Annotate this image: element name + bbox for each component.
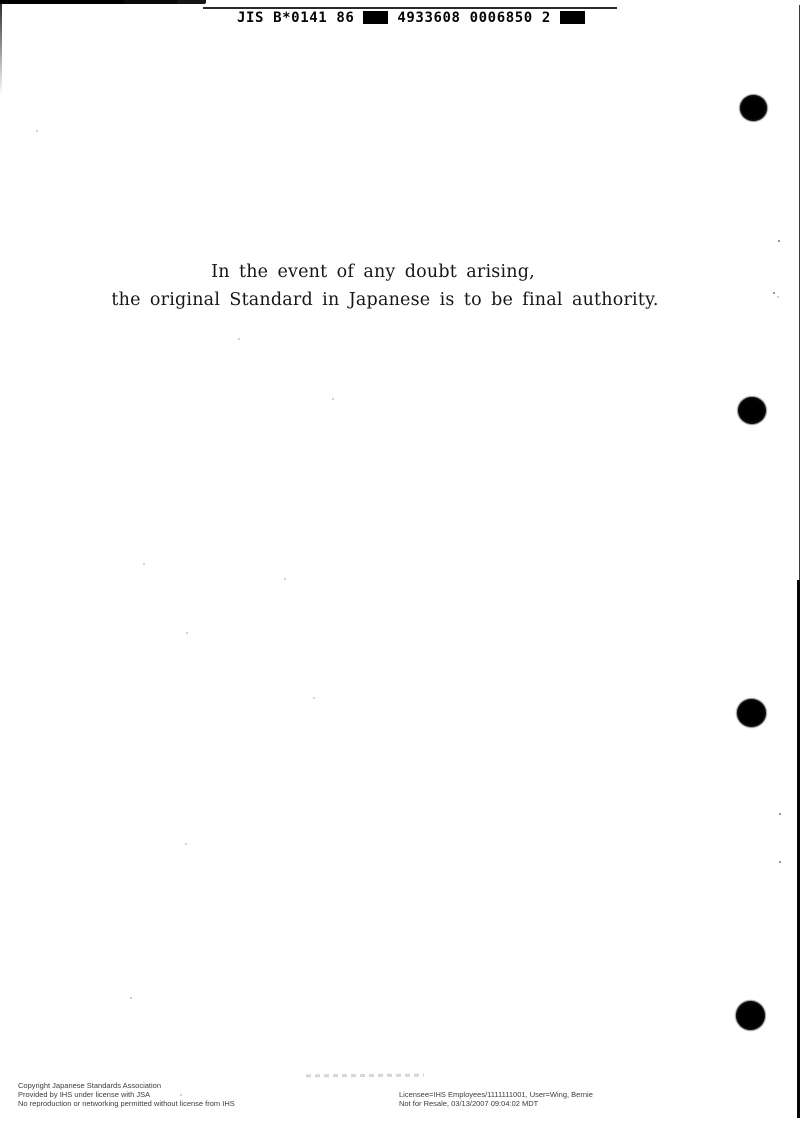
- barcode-block-icon: [560, 11, 585, 24]
- copyright-footer: Copyright Japanese Standards Association…: [18, 1081, 235, 1108]
- standard-code: JIS B*0141 86: [237, 10, 354, 26]
- punch-hole-artifact: [737, 699, 766, 727]
- scan-speck: [130, 997, 132, 999]
- scan-speck: [779, 813, 781, 815]
- scan-speck: [186, 632, 188, 634]
- faded-dash-artifact: [306, 1074, 424, 1078]
- scan-speck: [238, 338, 240, 340]
- top-edge-scan-smudge: [0, 0, 206, 4]
- scan-speck: [185, 843, 187, 845]
- left-edge-scan-line: [0, 0, 2, 95]
- punch-hole-artifact: [736, 1001, 765, 1030]
- copyright-line: No reproduction or networking permitted …: [18, 1099, 235, 1108]
- right-edge-scan-line-lower: [797, 580, 800, 1118]
- scan-speck: [332, 398, 334, 400]
- licensee-line: Not for Resale, 03/13/2007 09:04:02 MDT: [399, 1099, 593, 1108]
- authority-notice-line-2: the original Standard in Japanese is to …: [111, 290, 658, 310]
- scan-speck: [36, 130, 38, 132]
- barcode-block-icon: [363, 11, 388, 24]
- standard-header: JIS B*0141 86 4933608 0006850 2: [237, 9, 601, 26]
- scan-speck: [313, 697, 315, 699]
- scan-speck: [777, 296, 779, 298]
- scan-speck: [778, 240, 780, 242]
- document-serial: 4933608 0006850 2: [397, 10, 551, 26]
- punch-hole-artifact: [740, 95, 767, 121]
- copyright-line: Copyright Japanese Standards Association: [18, 1081, 235, 1090]
- scan-speck: [773, 292, 775, 294]
- copyright-line: Provided by IHS under license with JSA: [18, 1090, 235, 1099]
- scan-speck: [143, 563, 145, 565]
- punch-hole-artifact: [738, 397, 766, 424]
- authority-notice-line-1: In the event of any doubt arising,: [211, 262, 535, 282]
- licensee-footer: Licensee=IHS Employees/1111111001, User=…: [399, 1090, 593, 1108]
- scanned-page: JIS B*0141 86 4933608 0006850 2 In the e…: [0, 0, 800, 1125]
- scan-speck: [284, 578, 286, 580]
- scan-speck: [779, 861, 781, 863]
- licensee-line: Licensee=IHS Employees/1111111001, User=…: [399, 1090, 593, 1099]
